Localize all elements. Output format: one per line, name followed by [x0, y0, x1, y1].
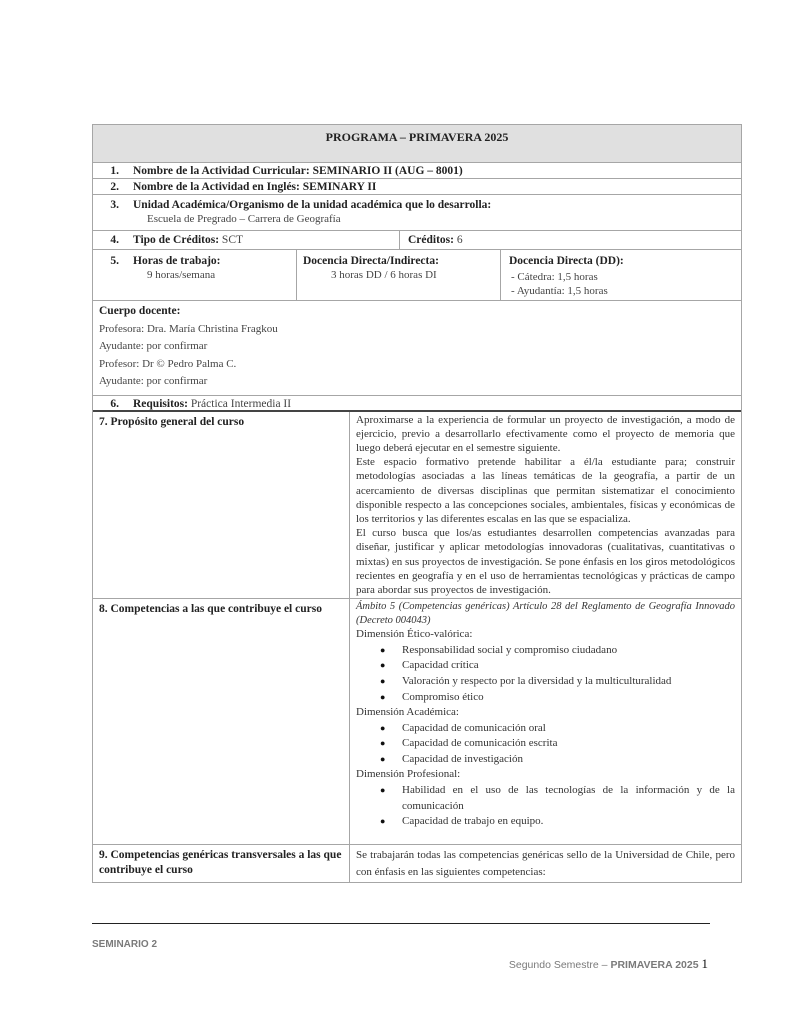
item-3-label: Unidad Académica/Organismo de la unidad …: [133, 199, 491, 211]
program-table: PROGRAMA – PRIMAVERA 2025 1. Nombre de l…: [92, 124, 742, 883]
competency-item: Compromiso ético: [380, 690, 735, 706]
work-hours-cell: 5.Horas de trabajo: 9 horas/semana: [93, 250, 297, 300]
staff-line: Profesora: Dra. María Christina Fragkou: [99, 323, 735, 341]
dd-cell: Docencia Directa (DD): - Cátedra: 1,5 ho…: [501, 250, 741, 300]
item-1-label: Nombre de la Actividad Curricular: SEMIN…: [133, 164, 463, 178]
competency-item: Habilidad en el uso de las tecnologías d…: [380, 783, 735, 814]
credit-type-value: SCT: [222, 234, 243, 246]
dd-item-ayudantia: - Ayudantía: 1,5 horas: [509, 284, 741, 298]
item-number: 6.: [93, 397, 133, 410]
purpose-label: 7. Propósito general del curso: [93, 412, 350, 599]
dimension-ethical-list: Responsabilidad social y compromiso ciud…: [356, 643, 735, 705]
item-4-row: 4.Tipo de Créditos: SCT Créditos: 6: [93, 230, 741, 249]
item-3-row: 3.Unidad Académica/Organismo de la unida…: [93, 194, 741, 230]
item-number: 2.: [93, 180, 133, 194]
dd-label: Docencia Directa (DD):: [509, 254, 741, 268]
requirements-label: Requisitos:: [133, 397, 188, 410]
competency-item: Capacidad de comunicación escrita: [380, 736, 735, 752]
item-7-row: 7. Propósito general del curso Aproximar…: [93, 412, 741, 599]
staff-line: Profesor: Dr © Pedro Palma C.: [99, 358, 735, 376]
staff-line: Ayudante: por confirmar: [99, 375, 735, 393]
program-title: PROGRAMA – PRIMAVERA 2025: [93, 130, 741, 162]
requirements-value: Práctica Intermedia II: [191, 397, 291, 410]
dimension-title: Dimensión Académica:: [356, 705, 735, 721]
item-9-row: 9. Competencias genéricas transversales …: [93, 844, 741, 882]
dimension-title: Dimensión Ético-valórica:: [356, 627, 735, 643]
footer-semester-term: PRIMAVERA 2025: [610, 959, 698, 971]
item-number: 3.: [93, 198, 133, 212]
competency-item: Capacidad crítica: [380, 658, 735, 674]
competencies-label: 8. Competencias a las que contribuye el …: [93, 599, 350, 844]
credit-type-cell: 4.Tipo de Créditos: SCT: [93, 231, 400, 249]
credits-cell: Créditos: 6: [400, 231, 741, 249]
competency-item: Capacidad de comunicación oral: [380, 721, 735, 737]
competencies-content: Ámbito 5 (Competencias genéricas) Artícu…: [350, 599, 741, 844]
dd-di-label: Docencia Directa/Indirecta:: [303, 254, 500, 268]
purpose-paragraph: El curso busca que los/as estudiantes de…: [356, 526, 735, 597]
dd-di-cell: Docencia Directa/Indirecta: 3 horas DD /…: [297, 250, 501, 300]
page-number: 1: [702, 956, 709, 971]
competency-item: Responsabilidad social y compromiso ciud…: [380, 643, 735, 659]
item-3-value: Escuela de Pregrado – Carrera de Geograf…: [93, 212, 741, 226]
generic-competencies-label: 9. Competencias genéricas transversales …: [93, 845, 350, 882]
item-number: 5.: [93, 254, 133, 268]
item-number: 4.: [93, 233, 133, 247]
purpose-text: Aproximarse a la experiencia de formular…: [350, 412, 741, 599]
competency-item: Capacidad de investigación: [380, 752, 735, 768]
footer-semester: Segundo Semestre – PRIMAVERA 2025 1: [509, 956, 708, 972]
dimension-professional-list: Habilidad en el uso de las tecnologías d…: [356, 783, 735, 830]
footer-divider: [92, 923, 710, 924]
item-6-row: 6. Requisitos: Práctica Intermedia II: [93, 395, 741, 412]
footer-semester-prefix: Segundo Semestre –: [509, 959, 611, 971]
program-header: PROGRAMA – PRIMAVERA 2025: [93, 125, 741, 162]
purpose-paragraph: Aproximarse a la experiencia de formular…: [356, 413, 735, 456]
item-8-row: 8. Competencias a las que contribuye el …: [93, 598, 741, 844]
dd-di-value: 3 horas DD / 6 horas DI: [303, 268, 500, 282]
item-number: 1.: [93, 164, 133, 178]
dimension-academic-list: Capacidad de comunicación oral Capacidad…: [356, 721, 735, 768]
credits-value: 6: [457, 234, 463, 246]
competencies-intro: Ámbito 5 (Competencias genéricas) Artícu…: [356, 600, 735, 627]
competency-item: Valoración y respecto por la diversidad …: [380, 674, 735, 690]
credits-label: Créditos:: [408, 234, 454, 246]
teaching-staff-row: Cuerpo docente: Profesora: Dra. María Ch…: [93, 300, 741, 395]
item-5-row: 5.Horas de trabajo: 9 horas/semana Docen…: [93, 249, 741, 300]
footer-course-name: SEMINARIO 2: [92, 939, 157, 950]
credit-type-label: Tipo de Créditos:: [133, 234, 219, 246]
competency-item: Capacidad de trabajo en equipo.: [380, 814, 735, 830]
generic-competencies-text: Se trabajarán todas las competencias gen…: [350, 845, 741, 882]
dimension-title: Dimensión Profesional:: [356, 767, 735, 783]
work-hours-value: 9 horas/semana: [93, 268, 296, 282]
teaching-staff-label: Cuerpo docente:: [99, 305, 735, 323]
item-1-row: 1. Nombre de la Actividad Curricular: SE…: [93, 162, 741, 178]
dd-item-catedra: - Cátedra: 1,5 horas: [509, 270, 741, 284]
purpose-paragraph: Este espacio formativo pretende habilita…: [356, 455, 735, 526]
item-2-row: 2. Nombre de la Actividad en Inglés: SEM…: [93, 178, 741, 194]
staff-line: Ayudante: por confirmar: [99, 340, 735, 358]
work-hours-label: Horas de trabajo:: [133, 255, 221, 267]
item-2-label: Nombre de la Actividad en Inglés: SEMINA…: [133, 180, 376, 194]
document-page: PROGRAMA – PRIMAVERA 2025 1. Nombre de l…: [0, 0, 800, 1035]
